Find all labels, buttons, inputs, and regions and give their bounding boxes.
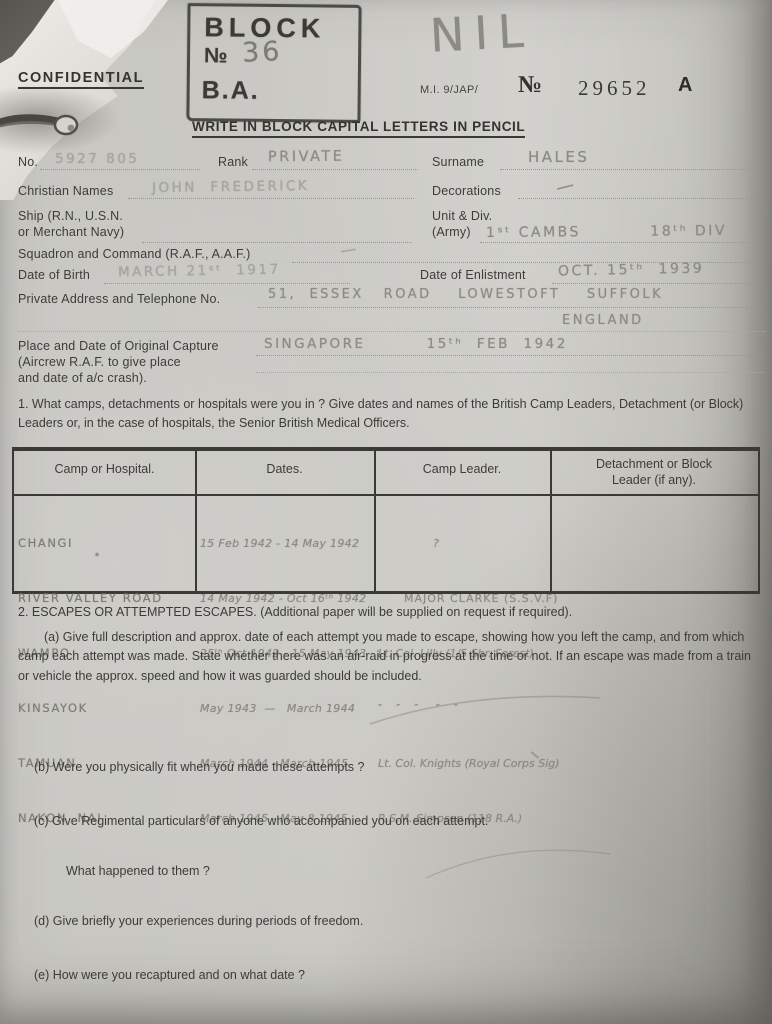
field-surname-value: HALES xyxy=(528,148,589,166)
table-cell: KINSAYOK xyxy=(18,700,194,717)
string-tie-icon xyxy=(0,104,96,150)
scanned-pow-form: CONFIDENTIAL BLOCK № 36 B.A. NIL M.I. 9/… xyxy=(0,0,772,1024)
field-christian-names-value: JOHN FREDERICK xyxy=(152,178,309,196)
stamp-number-handwritten: 36 xyxy=(241,36,283,69)
table-header-detachment: Detachment or Block Leader (if any). xyxy=(550,457,758,488)
nil-annotation: NIL xyxy=(429,3,535,62)
dotted-line xyxy=(500,169,756,170)
field-christian-names-label: Christian Names xyxy=(18,184,113,198)
question-2e-text: (e) How were you recaptured and on what … xyxy=(34,966,305,985)
field-dob-value: MARCH 21ˢᵗ 1917 xyxy=(118,262,281,281)
field-squadron-label: Squadron and Command (R.A.F., A.A.F.) xyxy=(18,247,251,261)
field-dob-label: Date of Birth xyxy=(18,268,90,282)
dotted-line xyxy=(256,372,764,373)
pencil-smudge xyxy=(94,552,100,557)
dotted-line xyxy=(104,283,350,284)
field-rank-label: Rank xyxy=(218,155,248,169)
table-header-leader: Camp Leader. xyxy=(374,462,550,478)
dotted-line xyxy=(258,307,764,308)
serial-number: 29652 xyxy=(578,76,651,101)
question-2c2-text: What happened to them ? xyxy=(66,862,210,881)
question-1-text: 1. What camps, detachments or hospitals … xyxy=(18,395,760,434)
table-cell: CHANGI xyxy=(18,535,194,552)
field-unit-value: 1ˢᵗ CAMBS 18ᵗʰ DIV xyxy=(486,223,727,241)
stray-pencil-mark xyxy=(360,682,620,732)
stamp-no-symbol: № xyxy=(204,44,228,68)
field-rank-value: PRIVATE xyxy=(268,149,345,166)
dotted-line xyxy=(40,169,200,170)
instruction-title: WRITE IN BLOCK CAPITAL LETTERS IN PENCIL xyxy=(192,119,525,138)
field-surname-label: Surname xyxy=(432,155,484,169)
field-address-value: 51, ESSEX ROAD LOWESTOFT SUFFOLK xyxy=(268,287,663,302)
table-header-camp: Camp or Hospital. xyxy=(14,462,195,478)
field-no-label: No. xyxy=(18,155,38,169)
question-2d-text: (d) Give briefly your experiences during… xyxy=(34,912,363,931)
form-reference: M.I. 9/JAP/ xyxy=(420,84,478,96)
serial-no-symbol: № xyxy=(518,72,542,99)
field-capture-label: Place and Date of Original Capture (Airc… xyxy=(18,338,219,386)
dotted-line xyxy=(480,242,764,243)
dotted-line xyxy=(252,169,418,170)
field-address-value-line2: ENGLAND xyxy=(562,313,644,328)
field-capture-value: SINGAPORE 15ᵗʰ FEB 1942 xyxy=(264,336,568,352)
table-cell: Lt. Col. Knights (Royal Corps Sig) xyxy=(378,755,554,772)
serial-suffix: A xyxy=(678,74,692,97)
confidential-label: CONFIDENTIAL xyxy=(18,70,144,89)
section2-heading: 2. ESCAPES OR ATTEMPTED ESCAPES. (Additi… xyxy=(18,603,762,622)
table-cell: ? xyxy=(378,535,554,552)
block-stamp: BLOCK № 36 B.A. xyxy=(186,3,361,123)
dotted-line xyxy=(552,283,764,284)
stray-pencil-mark xyxy=(420,836,620,884)
table-cell: 15 Feb 1942 - 14 May 1942 xyxy=(200,535,378,552)
field-unit-label: Unit & Div. (Army) xyxy=(432,208,492,240)
field-decorations-value: — xyxy=(554,174,577,199)
dotted-line xyxy=(518,198,762,199)
question-2b-text: (b) Were you physically fit when you mad… xyxy=(34,758,364,777)
field-address-label: Private Address and Telephone No. xyxy=(18,292,220,306)
table-border xyxy=(14,494,758,496)
field-squadron-value: — xyxy=(339,239,358,260)
dotted-line xyxy=(256,355,764,356)
dotted-line xyxy=(18,331,766,332)
field-enlistment-value: OCT. 15ᵗʰ 1939 xyxy=(558,260,705,279)
field-ship-label: Ship (R.N., U.S.N. or Merchant Navy) xyxy=(18,208,124,240)
field-enlistment-label: Date of Enlistment xyxy=(420,268,526,282)
question-2c-text: (c) Give Regimental particulars of anyon… xyxy=(34,812,488,831)
dotted-line xyxy=(142,242,412,243)
question-2a-text: (a) Give full description and approx. da… xyxy=(18,628,764,686)
table-cell: May 1943 — March 1944 xyxy=(200,700,378,717)
field-no-value: 5927 805 xyxy=(55,151,139,167)
camps-table: Camp or Hospital. Dates. Camp Leader. De… xyxy=(12,447,760,594)
dotted-line xyxy=(128,198,414,199)
table-header-dates: Dates. xyxy=(195,462,374,478)
stamp-ba-text: B.A. xyxy=(202,76,260,106)
field-decorations-label: Decorations xyxy=(432,184,501,198)
